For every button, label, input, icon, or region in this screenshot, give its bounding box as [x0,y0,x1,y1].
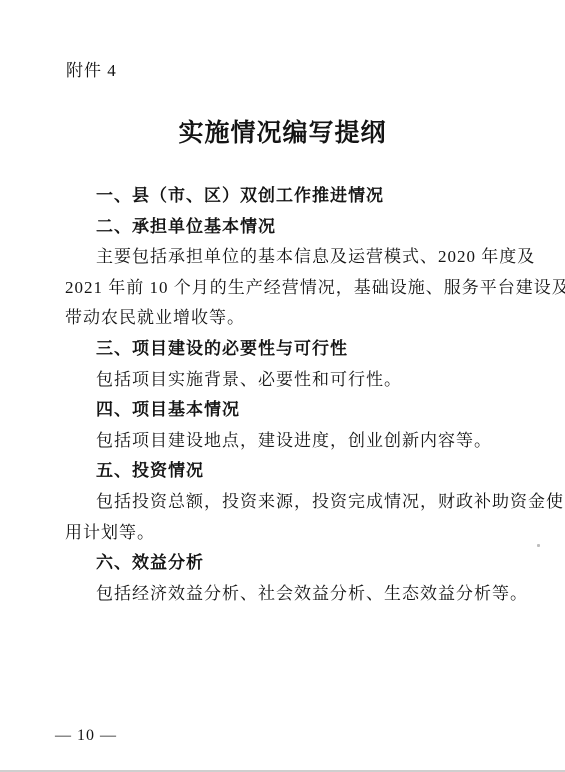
paragraph-line: 2021 年前 10 个月的生产经营情况，基础设施、服务平台建设及 [65,273,525,304]
document-page: 附件 4 实施情况编写提纲 一、县（市、区）双创工作推进情况 二、承担单位基本情… [0,0,565,772]
attachment-label: 附件 4 [66,56,117,81]
document-body: 一、县（市、区）双创工作推进情况 二、承担单位基本情况 主要包括承担单位的基本信… [65,181,525,609]
document-title: 实施情况编写提纲 [0,113,565,149]
section-heading-3: 三、项目建设的必要性与可行性 [65,334,525,365]
section-heading-6: 六、效益分析 [65,548,525,579]
section-heading-2: 二、承担单位基本情况 [65,212,525,243]
paragraph-line: 主要包括承担单位的基本信息及运营模式、2020 年度及 [65,242,525,273]
page-number: — 10 — [55,727,117,745]
section-heading-4: 四、项目基本情况 [65,395,525,426]
scan-artifact-speck [537,544,540,547]
section-heading-1: 一、县（市、区）双创工作推进情况 [65,181,525,212]
paragraph-line: 带动农民就业增收等。 [65,303,525,334]
paragraph-line: 包括经济效益分析、社会效益分析、生态效益分析等。 [65,579,525,610]
paragraph-line: 包括项目建设地点，建设进度，创业创新内容等。 [65,426,525,457]
section-heading-5: 五、投资情况 [65,456,525,487]
paragraph-line: 包括投资总额，投资来源，投资完成情况，财政补助资金使 [65,487,525,518]
paragraph-line: 用计划等。 [65,518,525,549]
paragraph-line: 包括项目实施背景、必要性和可行性。 [65,365,525,396]
